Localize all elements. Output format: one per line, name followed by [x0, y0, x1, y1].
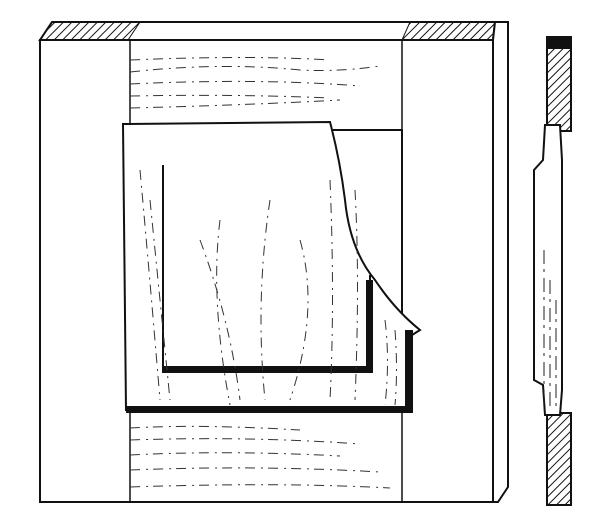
end-grain-left: [40, 22, 140, 40]
end-grain-right: [402, 22, 495, 40]
panel-shadow-bottom: [126, 406, 412, 413]
section-bottom-rail: [547, 413, 571, 505]
panel-shadow-right: [405, 330, 413, 413]
cross-section: [534, 37, 571, 505]
frame-panel-drawing: [0, 0, 610, 522]
front-view: [40, 22, 508, 502]
field-shadow-bottom: [163, 366, 373, 373]
section-top-rail: [547, 37, 571, 131]
illustration: [0, 0, 610, 522]
field-shadow-right: [366, 280, 373, 373]
section-panel: [534, 125, 562, 415]
